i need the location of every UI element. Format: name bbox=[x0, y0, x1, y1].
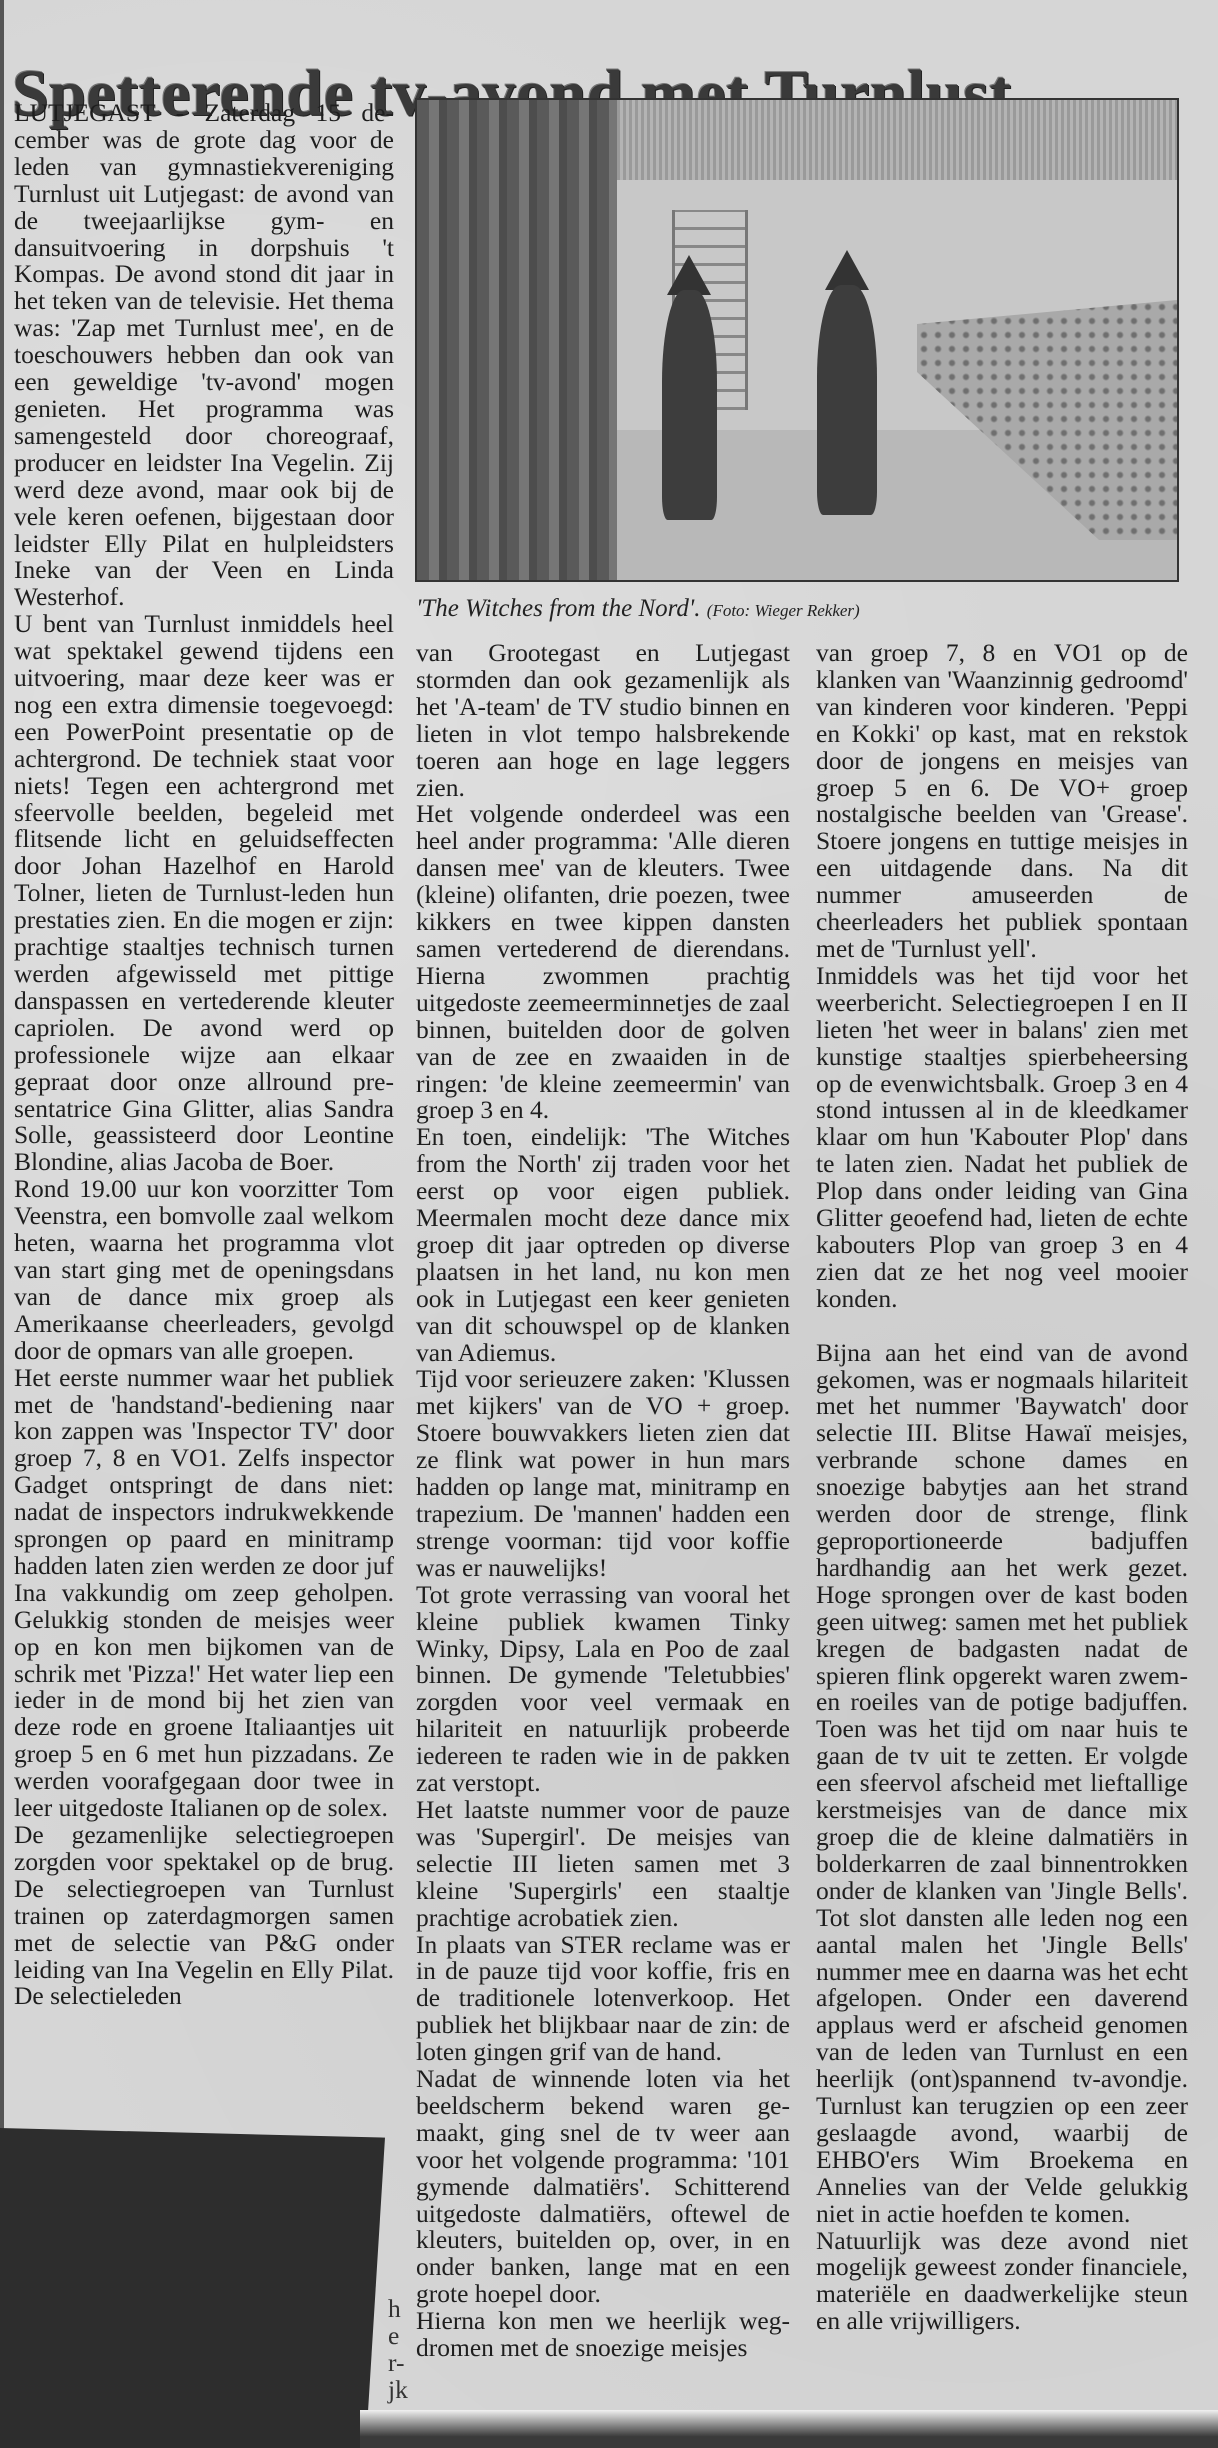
paragraph: LUTJEGAST - Zaterdag 15 de­cember was de… bbox=[14, 100, 394, 611]
photo-caption: 'The Witches from the Nord'. (Foto: Wieg… bbox=[416, 594, 1176, 626]
stray-fragment: e bbox=[388, 2323, 399, 2350]
witch-figure bbox=[817, 285, 877, 515]
paragraph: Het volgende onderdeel was een heel ande… bbox=[416, 801, 790, 1124]
gym-ceiling bbox=[617, 100, 1177, 180]
stage-curtain bbox=[417, 100, 617, 580]
article-column-3: van groep 7, 8 en VO1 op de klanken van … bbox=[816, 640, 1188, 2400]
newspaper-clipping: Spetterende tv-avond met Turnlust LUTJEG… bbox=[0, 0, 1218, 2448]
paragraph: Rond 19.00 uur kon voorzitter Tom Veenst… bbox=[14, 1176, 394, 1364]
paragraph: Het laatste nummer voor de pauze was 'Su… bbox=[416, 1797, 790, 1932]
paragraph: In plaats van STER reclame was er in de … bbox=[416, 1932, 790, 2067]
paragraph: En toen, eindelijk: 'The Witches from th… bbox=[416, 1124, 790, 1366]
paragraph: U bent van Turnlust inmiddels heel wat s… bbox=[14, 611, 394, 1176]
paragraph: Nadat de winnende loten via het beeldsch… bbox=[416, 2066, 790, 2308]
caption-text: 'The Witches from the Nord'. bbox=[416, 595, 701, 622]
stray-fragment: h bbox=[388, 2296, 401, 2323]
paragraph: van groep 7, 8 en VO1 op de klanken van … bbox=[816, 640, 1188, 963]
article-column-1: LUTJEGAST - Zaterdag 15 de­cember was de… bbox=[14, 100, 394, 2120]
stray-fragment: jk bbox=[388, 2377, 408, 2404]
paragraph: De gezamenlijke selectiegroepen zorgden … bbox=[14, 1822, 394, 2010]
stray-fragment: r- bbox=[388, 2350, 404, 2377]
paragraph: Het eerste nummer waar het pu­bliek met … bbox=[14, 1365, 394, 1822]
paragraph: Inmiddels was het tijd voor het weerberi… bbox=[816, 963, 1188, 1313]
paragraph: Tijd voor serieuzere zaken: 'Klussen met… bbox=[416, 1366, 790, 1581]
article-column-2: van Grootegast en Lutjegast stormden dan… bbox=[416, 640, 790, 2440]
witch-hat bbox=[825, 250, 869, 290]
paragraph: Natuurlijk was deze avond niet mogelijk … bbox=[816, 2228, 1188, 2336]
paper-curl-edge bbox=[360, 2410, 1218, 2448]
paragraph: Tot grote verrassing van vooral het klei… bbox=[416, 1582, 790, 1797]
dark-background-corner bbox=[0, 2128, 385, 2448]
witch-hat bbox=[667, 255, 711, 295]
paragraph: Bijna aan het eind van de avond gekomen,… bbox=[816, 1340, 1188, 2228]
witch-figure bbox=[662, 290, 717, 520]
scan-edge bbox=[0, 0, 4, 2448]
article-photo bbox=[415, 98, 1179, 582]
photo-credit: (Foto: Wieger Rekker) bbox=[707, 601, 860, 620]
paragraph: Hierna kon men we heerlijk weg­dromen me… bbox=[416, 2308, 790, 2362]
paragraph: van Grootegast en Lutjegast stormden dan… bbox=[416, 640, 790, 801]
